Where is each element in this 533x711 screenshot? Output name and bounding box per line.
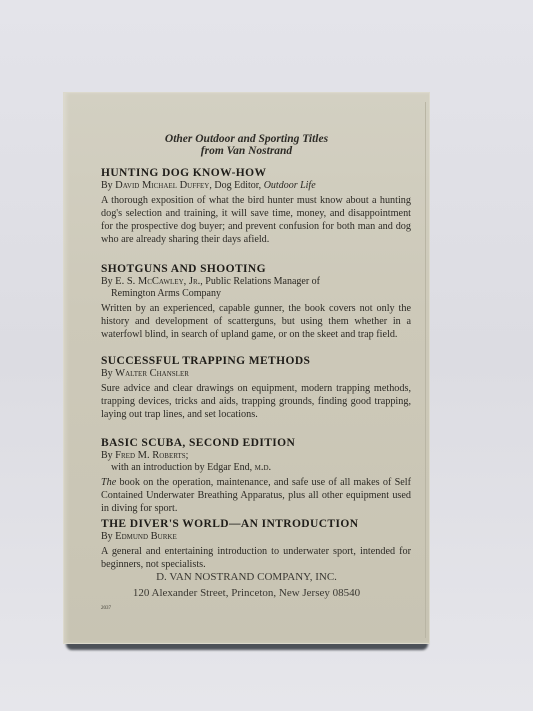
book-description: Written by an experienced, capable gunne… <box>101 302 411 341</box>
publisher-block: D. VAN NOSTRAND COMPANY, INC. 120 Alexan… <box>63 569 430 601</box>
book-byline: By Fred M. Roberts; with an introduction… <box>101 450 411 474</box>
book-byline: By Walter Chansler <box>101 368 411 380</box>
author-name: Edmund Burke <box>115 531 177 542</box>
book-title: SUCCESSFUL TRAPPING METHODS <box>101 355 411 368</box>
book-entry-divers-world: THE DIVER'S WORLD—AN INTRODUCTION By Edm… <box>101 518 411 571</box>
book-byline: By Edmund Burke <box>101 531 411 543</box>
author-name: E. S. McCawley, Jr. <box>115 276 200 287</box>
author-name: Walter Chansler <box>115 368 189 379</box>
book-title: SHOTGUNS AND SHOOTING <box>101 263 411 276</box>
book-description: The book on the operation, maintenance, … <box>101 476 411 515</box>
book-byline: By E. S. McCawley, Jr., Public Relations… <box>101 276 411 300</box>
book-entry-trapping: SUCCESSFUL TRAPPING METHODS By Walter Ch… <box>101 355 411 421</box>
book-entry-hunting-dog: HUNTING DOG KNOW-HOW By David Michael Du… <box>101 167 411 246</box>
book-description: Sure advice and clear drawings on equipm… <box>101 382 411 421</box>
book-description: A thorough exposition of what the bird h… <box>101 194 411 246</box>
book-byline: By David Michael Duffey, Dog Editor, Out… <box>101 180 411 192</box>
publisher-name: D. VAN NOSTRAND COMPANY, INC. <box>63 569 430 585</box>
book-entry-shotguns: SHOTGUNS AND SHOOTING By E. S. McCawley,… <box>101 263 411 341</box>
cover-heading: Other Outdoor and Sporting Titles from V… <box>63 133 430 157</box>
author-name: David Michael Duffey <box>115 180 209 191</box>
heading-line-1: Other Outdoor and Sporting Titles <box>63 133 430 145</box>
book-back-cover: Other Outdoor and Sporting Titles from V… <box>63 92 430 644</box>
heading-line-2: from Van Nostrand <box>63 145 430 157</box>
book-title: THE DIVER'S WORLD—AN INTRODUCTION <box>101 518 411 531</box>
book-title: HUNTING DOG KNOW-HOW <box>101 167 411 180</box>
book-intro-credit: with an introduction by Edgar End, m.d. <box>101 462 411 474</box>
book-entry-scuba: BASIC SCUBA, SECOND EDITION By Fred M. R… <box>101 437 411 515</box>
publisher-address: 120 Alexander Street, Princeton, New Jer… <box>63 585 430 601</box>
book-title: BASIC SCUBA, SECOND EDITION <box>101 437 411 450</box>
author-name: Fred M. Roberts <box>115 450 185 461</box>
print-code: 2037 <box>101 606 111 611</box>
book-description: A general and entertaining introduction … <box>101 545 411 571</box>
